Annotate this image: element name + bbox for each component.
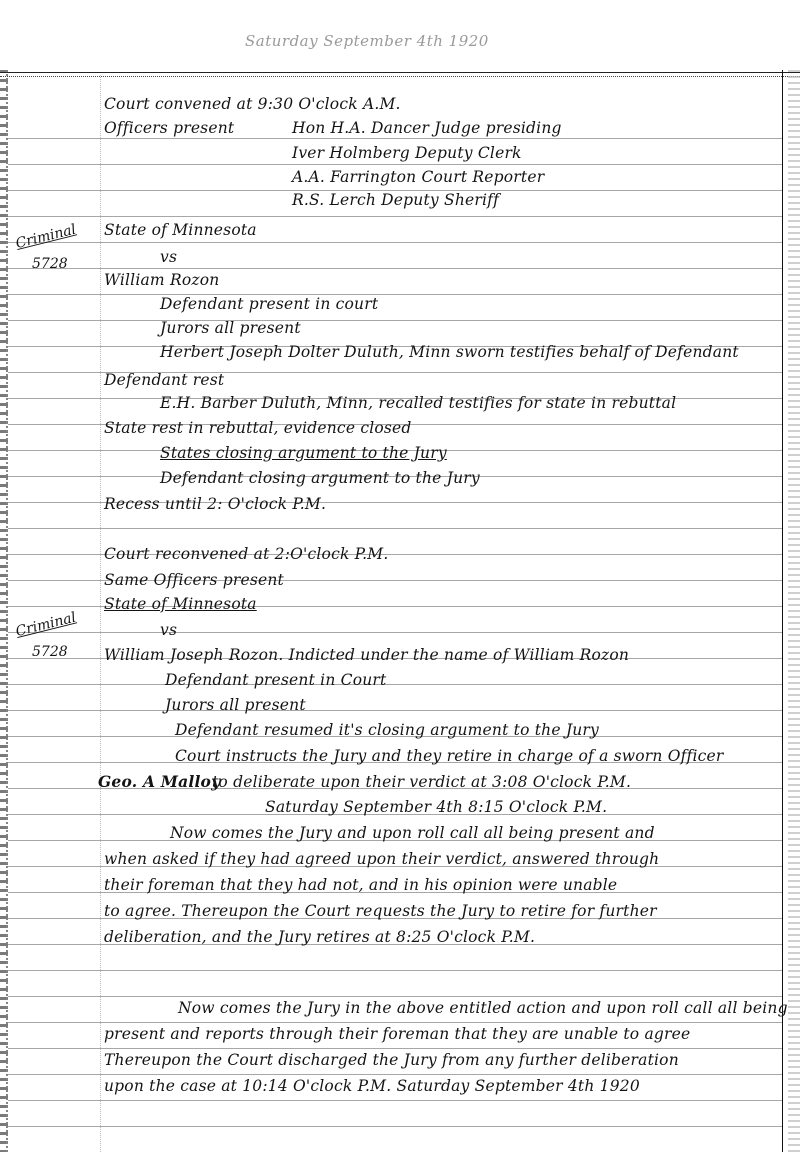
- case1-entry: Defendant rest: [104, 370, 224, 390]
- case1-title: State of Minnesota: [104, 220, 257, 240]
- case2-title: State of Minnesota: [104, 594, 257, 614]
- officers-present-label: Officers present: [104, 118, 234, 138]
- case2-margin-note: Criminal 5728: [18, 624, 79, 660]
- right-margin-rule: [782, 70, 783, 1152]
- court-convened-line: Court convened at 9:30 O'clock A.M.: [104, 94, 401, 114]
- left-margin-rule: [100, 75, 101, 1152]
- paragraph2-line: present and reports through their forema…: [104, 1024, 690, 1044]
- case1-entry: E.H. Barber Duluth, Minn, recalled testi…: [160, 393, 676, 413]
- paragraph1-line: when asked if they had agreed upon their…: [104, 849, 659, 869]
- case2-entry: Court instructs the Jury and they retire…: [175, 746, 724, 766]
- case2-deliberate-line: to deliberate upon their verdict at 3:08…: [212, 772, 631, 792]
- case1-entry: Defendant closing argument to the Jury: [160, 468, 480, 488]
- case1-case-number: 5728: [32, 256, 79, 272]
- officer-clerk: Iver Holmberg Deputy Clerk: [292, 143, 522, 163]
- case2-entry: Defendant present in Court: [165, 670, 386, 690]
- page-binding-edge: [0, 70, 8, 1152]
- page-header-date: Saturday September 4th 1920: [245, 32, 489, 50]
- paragraph1-line: deliberation, and the Jury retires at 8:…: [104, 927, 535, 947]
- case1-recess: Recess until 2: O'clock P.M.: [104, 494, 326, 514]
- case1-entry: Jurors all present: [160, 318, 301, 338]
- officer-reporter: A.A. Farrington Court Reporter: [292, 167, 544, 187]
- case1-entry: States closing argument to the Jury: [160, 443, 447, 463]
- paragraph1-line: Now comes the Jury and upon roll call al…: [170, 823, 655, 843]
- case1-entry: State rest in rebuttal, evidence closed: [104, 418, 412, 438]
- header-rule: [0, 72, 800, 77]
- case2-entry: Jurors all present: [165, 695, 306, 715]
- paragraph2-line: upon the case at 10:14 O'clock P.M. Satu…: [104, 1076, 640, 1096]
- paragraph2-line: Now comes the Jury in the above entitled…: [178, 998, 788, 1018]
- case2-defendant: William Joseph Rozon. Indicted under the…: [104, 645, 629, 665]
- officer-sheriff: R.S. Lerch Deputy Sheriff: [292, 190, 499, 210]
- case2-vs: vs: [160, 620, 177, 640]
- case2-date-line: Saturday September 4th 8:15 O'clock P.M.: [265, 797, 607, 817]
- paragraph1-line: to agree. Thereupon the Court requests t…: [104, 901, 657, 921]
- case2-case-number: 5728: [32, 644, 79, 660]
- case1-margin-note: Criminal 5728: [18, 236, 79, 272]
- paragraph2-line: Thereupon the Court discharged the Jury …: [104, 1050, 679, 1070]
- sworn-officer-name: Geo. A Malloy: [98, 772, 220, 792]
- officer-judge: Hon H.A. Dancer Judge presiding: [292, 118, 562, 138]
- case1-entry: Defendant present in court: [160, 294, 378, 314]
- court-minutes-page: Saturday September 4th 1920 Court conven…: [0, 0, 800, 1152]
- ruled-lines: [8, 113, 782, 1152]
- same-officers-line: Same Officers present: [104, 570, 284, 590]
- case1-entry: Herbert Joseph Dolter Duluth, Minn sworn…: [160, 342, 739, 362]
- paragraph1-line: their foreman that they had not, and in …: [104, 875, 617, 895]
- case1-defendant: William Rozon: [104, 270, 219, 290]
- page-right-edge: [788, 70, 800, 1152]
- case2-entry: Defendant resumed it's closing argument …: [175, 720, 599, 740]
- court-reconvened-line: Court reconvened at 2:O'clock P.M.: [104, 544, 388, 564]
- case1-vs: vs: [160, 247, 177, 267]
